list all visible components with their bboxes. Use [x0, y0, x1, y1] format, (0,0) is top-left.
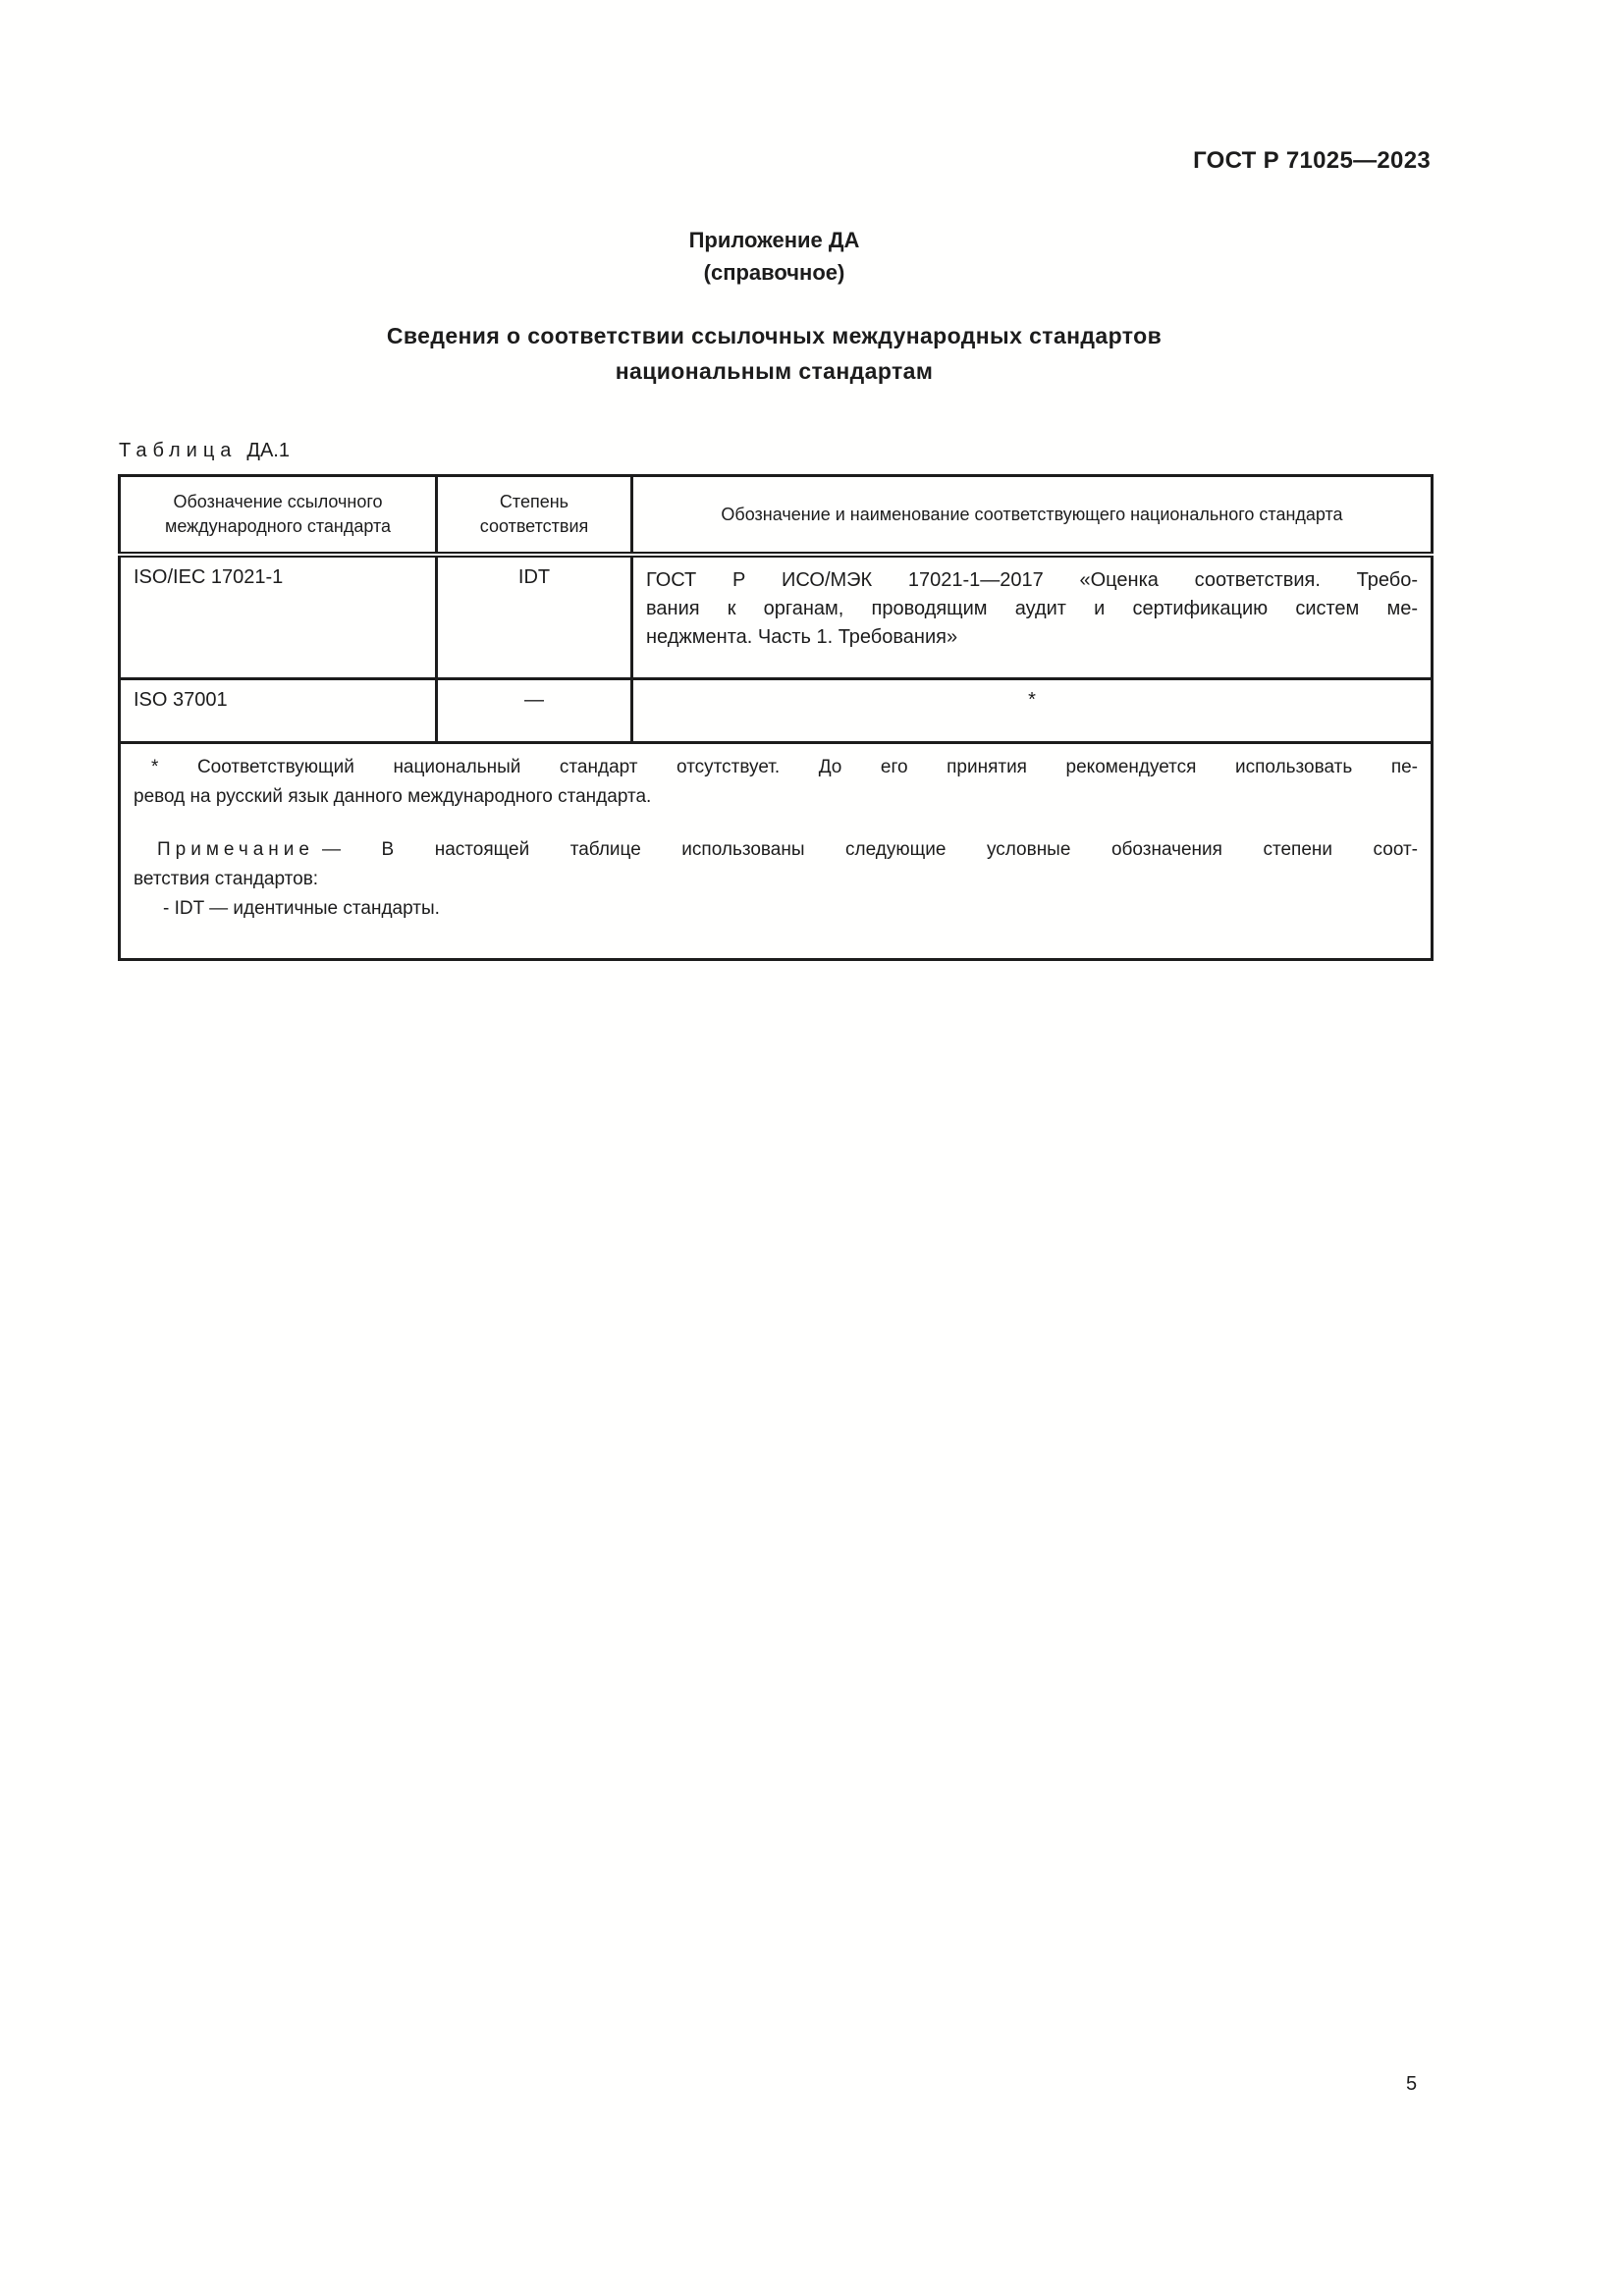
document-page: ГОСТ Р 71025—2023 Приложение ДА (справоч…	[0, 0, 1624, 2296]
table-note: Примечание— В настоящей таблице использо…	[134, 835, 1418, 924]
cell-reference-standard: ISO/IEC 17021-1	[120, 555, 437, 679]
table-caption: ТаблицаДА.1	[119, 440, 290, 462]
appendix-subtitle: (справочное)	[118, 256, 1431, 289]
national-standard-line: ГОСТ Р ИСО/МЭК 17021-1—2017 «Оценка соот…	[646, 566, 1418, 595]
cell-degree: —	[437, 679, 632, 743]
page-title-line-2: национальным стандартам	[118, 353, 1431, 389]
column-header-national-standard: Обозначение и наименование соответствующ…	[632, 476, 1433, 556]
footnote-line: ревод на русский язык данного международ…	[134, 782, 1418, 812]
table-caption-number: ДА.1	[246, 440, 290, 461]
correspondence-table: Обозначение ссылочного международного ст…	[118, 474, 1434, 961]
national-standard-line: неджмента. Часть 1. Требования»	[646, 623, 1418, 652]
national-standard-line: вания к органам, проводящим аудит и серт…	[646, 595, 1418, 623]
table-footnote-row: * Соответствующий национальный стандарт …	[120, 743, 1433, 960]
page-title: Сведения о соответствии ссылочных междун…	[118, 318, 1431, 389]
note-line: ветствия стандартов:	[134, 865, 1418, 894]
table-row: ISO 37001 — *	[120, 679, 1433, 743]
table-footnote-cell: * Соответствующий национальный стандарт …	[120, 743, 1433, 960]
page-number: 5	[1406, 2073, 1417, 2096]
column-header-degree: Степень соответствия	[437, 476, 632, 556]
appendix-heading: Приложение ДА (справочное)	[118, 224, 1431, 289]
table-header-row: Обозначение ссылочного международного ст…	[120, 476, 1433, 556]
cell-degree: IDT	[437, 555, 632, 679]
column-header-reference-standard: Обозначение ссылочного международного ст…	[120, 476, 437, 556]
cell-national-standard: *	[632, 679, 1433, 743]
page-title-line-1: Сведения о соответствии ссылочных междун…	[118, 318, 1431, 353]
note-line: Примечание— В настоящей таблице использо…	[134, 835, 1418, 865]
cell-national-standard: ГОСТ Р ИСО/МЭК 17021-1—2017 «Оценка соот…	[632, 555, 1433, 679]
table-row: ISO/IEC 17021-1 IDT ГОСТ Р ИСО/МЭК 17021…	[120, 555, 1433, 679]
table-caption-word: Таблица	[119, 440, 237, 461]
note-text: — В настоящей таблице использованы следу…	[322, 839, 1418, 860]
doc-header-standard-number: ГОСТ Р 71025—2023	[118, 147, 1431, 175]
note-label: Примечание	[157, 839, 314, 860]
footnote-line: * Соответствующий национальный стандарт …	[134, 753, 1418, 782]
appendix-title: Приложение ДА	[118, 224, 1431, 256]
cell-reference-standard: ISO 37001	[120, 679, 437, 743]
note-list-item: - IDT — идентичные стандарты.	[134, 894, 1418, 924]
